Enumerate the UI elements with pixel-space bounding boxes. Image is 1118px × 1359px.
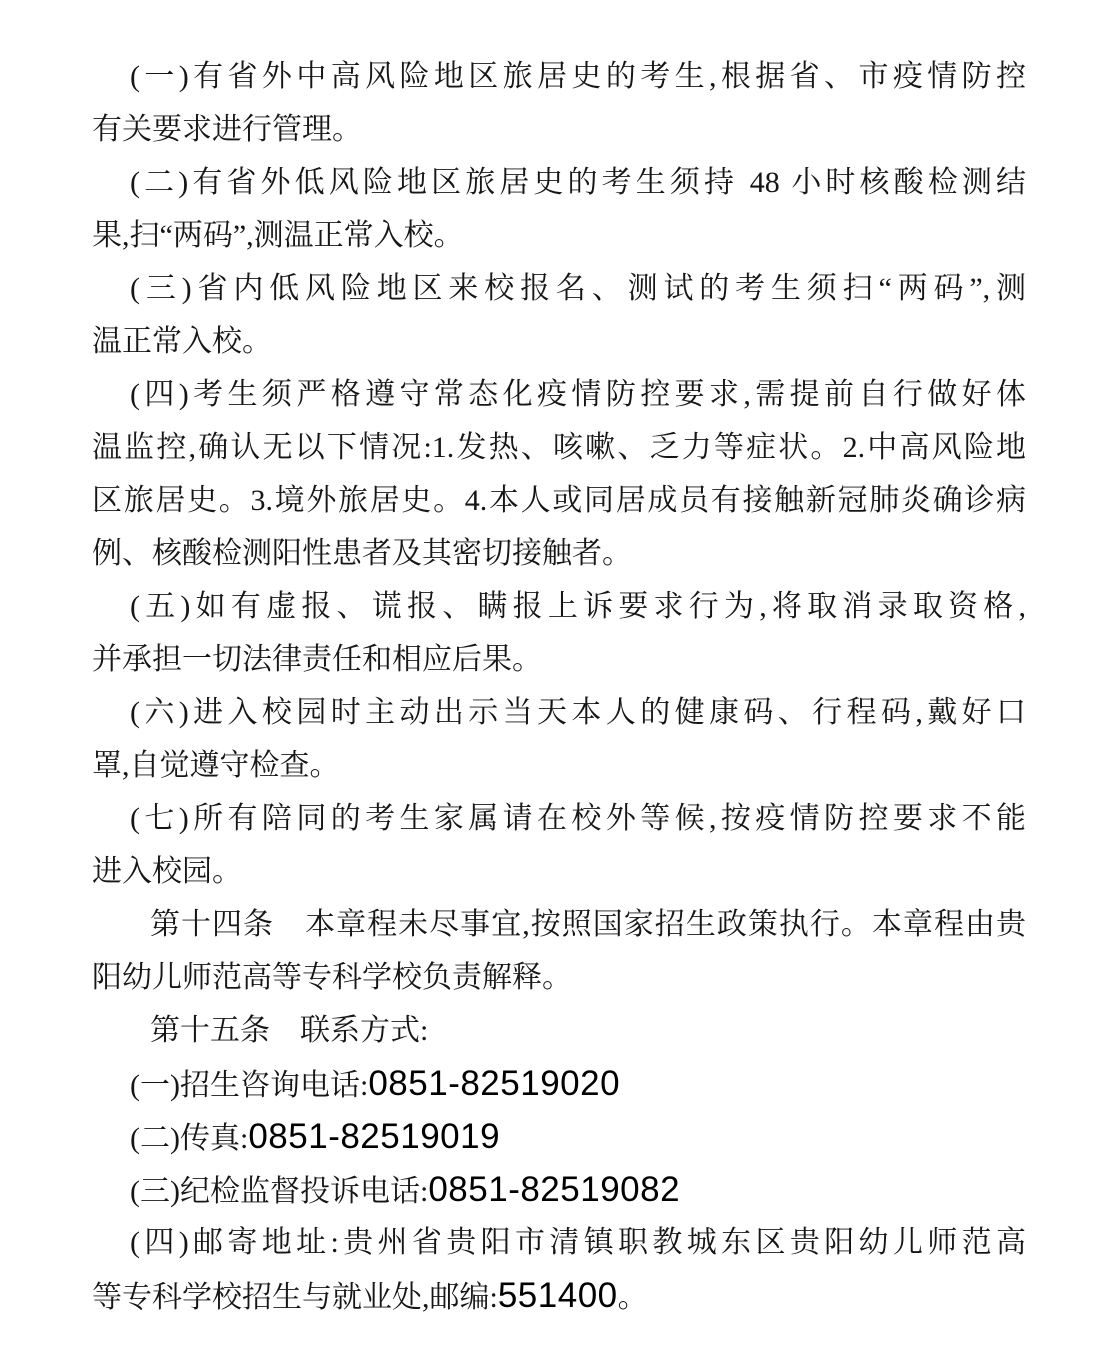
clause-4-line-3: 区旅居史。3.境外旅居史。4.本人或同居成员有接触新冠肺炎确诊病 (92, 474, 1026, 527)
fax-number: 0851-82519019 (248, 1117, 500, 1156)
postal-label: 等专科学校招生与就业处,邮编: (92, 1281, 498, 1314)
clause-6-line-2: 罩,自觉遵守检查。 (92, 739, 1026, 792)
clause-5-line-2: 并承担一切法律责任和相应后果。 (92, 633, 1026, 686)
clause-1-line-1: (一)有省外中高风险地区旅居史的考生,根据省、市疫情防控 (92, 50, 1026, 103)
complaint-phone-label: (三)纪检监督投诉电话: (130, 1175, 428, 1208)
postal-code: 551400 (498, 1276, 618, 1315)
complaint-phone-number: 0851-82519082 (428, 1170, 680, 1209)
clause-4-line-4: 例、核酸检测阳性患者及其密切接触者。 (92, 527, 1026, 580)
clause-3-line-1: (三)省内低风险地区来校报名、测试的考生须扫“两码”,测 (92, 262, 1026, 315)
article-15-heading: 第十五条 联系方式: (92, 1004, 1026, 1057)
clause-4-line-2: 温监控,确认无以下情况:1.发热、咳嗽、乏力等症状。2.中高风险地 (92, 421, 1026, 474)
clause-5-line-1: (五)如有虚报、谎报、瞒报上诉要求行为,将取消录取资格, (92, 580, 1026, 633)
mail-address-line-2: 等专科学校招生与就业处,邮编:551400。 (92, 1269, 1026, 1322)
clause-7-line-1: (七)所有陪同的考生家属请在校外等候,按疫情防控要求不能 (92, 792, 1026, 845)
postal-suffix: 。 (618, 1281, 648, 1314)
admission-phone-number: 0851-82519020 (368, 1064, 620, 1103)
clause-7-line-2: 进入校园。 (92, 845, 1026, 898)
clause-2-line-1: (二)有省外低风险地区旅居史的考生须持 48 小时核酸检测结 (92, 156, 1026, 209)
complaint-phone-line: (三)纪检监督投诉电话:0851-82519082 (92, 1163, 1026, 1216)
admission-phone-label: (一)招生咨询电话: (130, 1069, 368, 1102)
clause-6-line-1: (六)进入校园时主动出示当天本人的健康码、行程码,戴好口 (92, 686, 1026, 739)
document-page: (一)有省外中高风险地区旅居史的考生,根据省、市疫情防控 有关要求进行管理。 (… (0, 0, 1118, 1359)
fax-label: (二)传真: (130, 1122, 248, 1155)
clause-4-line-1: (四)考生须严格遵守常态化疫情防控要求,需提前自行做好体 (92, 368, 1026, 421)
clause-3-line-2: 温正常入校。 (92, 315, 1026, 368)
article-14-line-1: 第十四条 本章程未尽事宜,按照国家招生政策执行。本章程由贵 (92, 898, 1026, 951)
mail-address-line-1: (四)邮寄地址:贵州省贵阳市清镇职教城东区贵阳幼儿师范高 (92, 1216, 1026, 1269)
clause-2-line-2: 果,扫“两码”,测温正常入校。 (92, 209, 1026, 262)
clause-1-line-2: 有关要求进行管理。 (92, 103, 1026, 156)
fax-line: (二)传真:0851-82519019 (92, 1110, 1026, 1163)
article-14-line-2: 阳幼儿师范高等专科学校负责解释。 (92, 951, 1026, 1004)
admission-phone-line: (一)招生咨询电话:0851-82519020 (92, 1057, 1026, 1110)
